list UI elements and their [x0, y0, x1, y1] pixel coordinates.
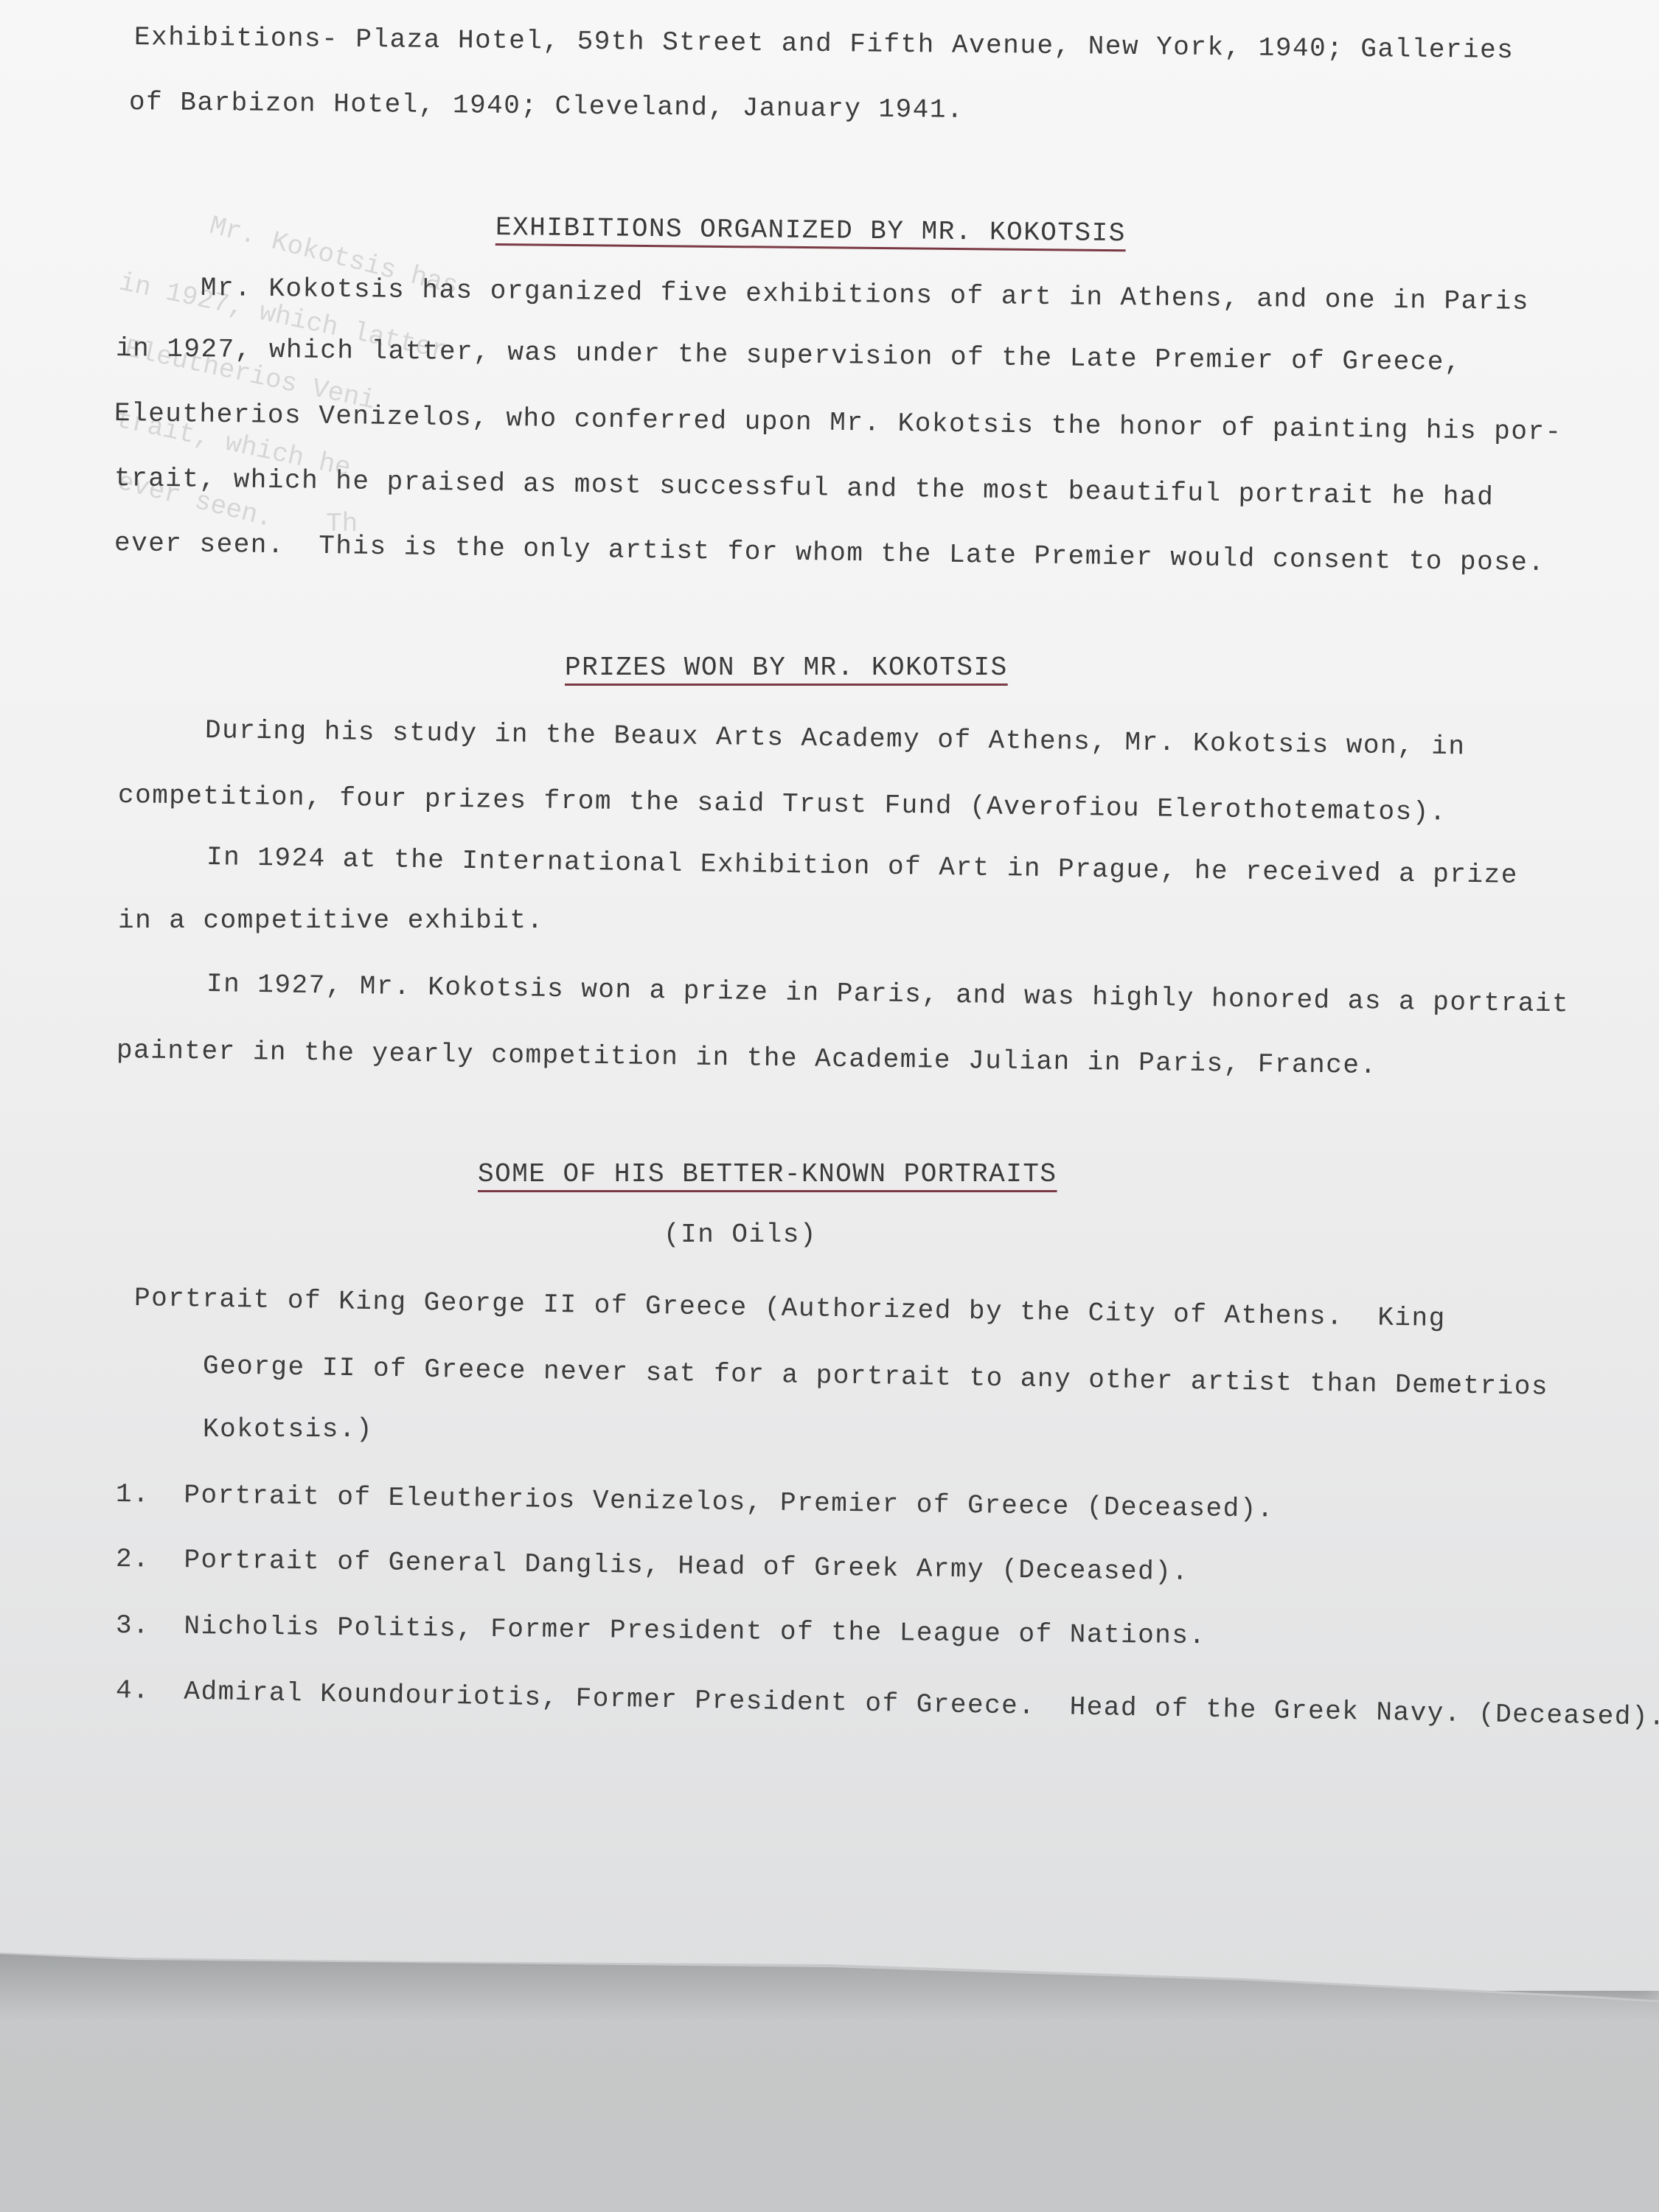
- paragraph-line: In 1924 at the International Exhibition …: [206, 842, 1518, 891]
- list-text: Nicholis Politis, Former President of th…: [184, 1611, 1206, 1651]
- paragraph-line: ever seen. This is the only artist for w…: [114, 528, 1545, 578]
- paragraph-line: In 1927, Mr. Kokotsis won a prize in Par…: [206, 969, 1570, 1019]
- portrait-list-item: 4. Admiral Koundouriotis, Former Preside…: [116, 1675, 1659, 1733]
- paragraph-line: in a competitive exhibit.: [118, 905, 544, 936]
- list-number: 3.: [116, 1610, 150, 1641]
- list-text: Portrait of Eleutherios Venizelos, Premi…: [184, 1480, 1274, 1524]
- portrait-list-item: 1. Portrait of Eleutherios Venizelos, Pr…: [116, 1479, 1274, 1525]
- paragraph-line: trait, which he praised as most successf…: [114, 463, 1495, 512]
- list-number: 4.: [116, 1675, 150, 1706]
- list-number: 2.: [116, 1544, 150, 1575]
- list-text: Admiral Koundouriotis, Former President …: [184, 1677, 1659, 1733]
- section-heading-exhibitions: EXHIBITIONS ORGANIZED BY MR. KOKOTSIS: [495, 212, 1126, 248]
- portrait-list-item: 3. Nicholis Politis, Former President of…: [116, 1610, 1206, 1651]
- portrait-lead-line: Portrait of King George II of Greece (Au…: [134, 1283, 1446, 1334]
- paragraph-line: competition, four prizes from the said T…: [118, 780, 1447, 828]
- intro-line: of Barbizon Hotel, 1940; Cleveland, Janu…: [129, 87, 964, 125]
- section-heading-portraits: SOME OF HIS BETTER-KNOWN PORTRAITS: [478, 1159, 1057, 1189]
- list-number: 1.: [116, 1479, 150, 1510]
- list-text: Portrait of General Danglis, Head of Gre…: [184, 1545, 1189, 1587]
- portrait-lead-line: Kokotsis.): [203, 1414, 373, 1444]
- paragraph-line: painter in the yearly competition in the…: [116, 1035, 1377, 1081]
- paragraph-line: During his study in the Beaux Arts Acade…: [205, 715, 1466, 762]
- paragraph-line: in 1927, which latter, was under the sup…: [116, 333, 1462, 378]
- portrait-lead-line: George II of Greece never sat for a port…: [203, 1351, 1549, 1402]
- paragraph-line: Mr. Kokotsis has organized five exhibiti…: [201, 273, 1529, 317]
- intro-line: Exhibitions- Plaza Hotel, 59th Street an…: [134, 22, 1514, 66]
- typewritten-page: Exhibitions- Plaza Hotel, 59th Street an…: [0, 0, 1659, 1991]
- section-subheading: (In Oils): [664, 1220, 817, 1250]
- section-heading-prizes: PRIZES WON BY MR. KOKOTSIS: [565, 653, 1008, 683]
- portrait-list-item: 2. Portrait of General Danglis, Head of …: [116, 1544, 1189, 1587]
- paragraph-line: Eleutherios Venizelos, who conferred upo…: [114, 398, 1562, 448]
